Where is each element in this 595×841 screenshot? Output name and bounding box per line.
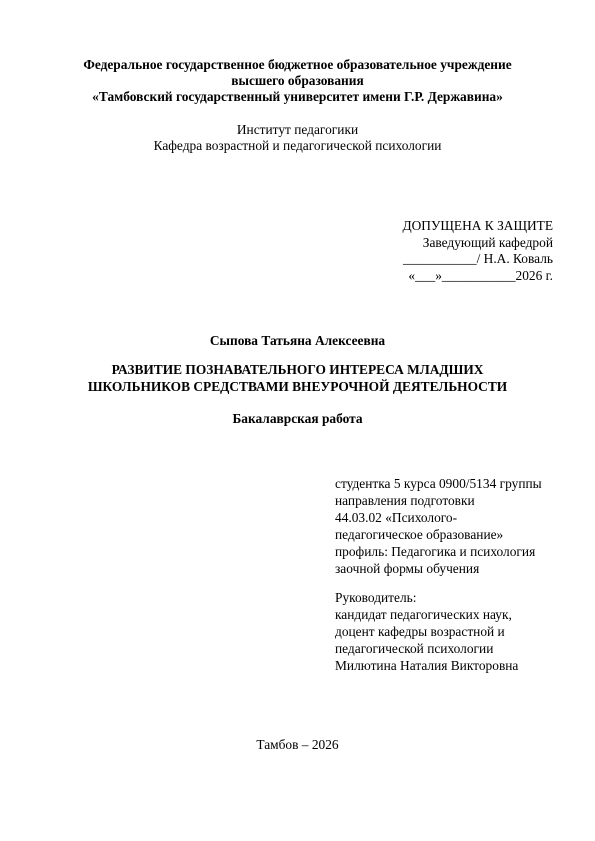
supervisor-line: кандидат педагогических наук, <box>335 606 518 623</box>
student-info-line: профиль: Педагогика и психология <box>335 543 542 560</box>
supervisor-block: Руководитель: кандидат педагогических на… <box>335 589 518 674</box>
institute-name: Институт педагогики <box>0 122 595 138</box>
approval-title: ДОПУЩЕНА К ЗАЩИТЕ <box>402 218 553 235</box>
footer-city-year: Тамбов – 2026 <box>0 737 595 753</box>
approval-block: ДОПУЩЕНА К ЗАЩИТЕ Заведующий кафедрой __… <box>402 218 553 284</box>
university-header-line1: Федеральное государственное бюджетное об… <box>0 57 595 73</box>
student-info-line: студентка 5 курса 0900/5134 группы <box>335 475 542 492</box>
thesis-title-line1: РАЗВИТИЕ ПОЗНАВАТЕЛЬНОГО ИНТЕРЕСА МЛАДШИ… <box>0 362 595 378</box>
supervisor-name: Милютина Наталия Викторовна <box>335 657 518 674</box>
university-header-line2: высшего образования <box>0 73 595 89</box>
student-info-line: педагогическое образование» <box>335 526 542 543</box>
approval-date: «___»___________2026 г. <box>402 268 553 285</box>
approval-signature: ___________/ Н.А. Коваль <box>402 251 553 268</box>
student-info-line: направления подготовки <box>335 492 542 509</box>
student-info-block: студентка 5 курса 0900/5134 группы напра… <box>335 475 542 577</box>
supervisor-line: доцент кафедры возрастной и <box>335 623 518 640</box>
supervisor-line: педагогической психологии <box>335 640 518 657</box>
student-info-line: 44.03.02 «Психолого- <box>335 509 542 526</box>
supervisor-label: Руководитель: <box>335 589 518 606</box>
department-name: Кафедра возрастной и педагогической псих… <box>0 138 595 154</box>
thesis-title-line2: ШКОЛЬНИКОВ СРЕДСТВАМИ ВНЕУРОЧНОЙ ДЕЯТЕЛЬ… <box>0 379 595 395</box>
thesis-type: Бакалаврская работа <box>0 411 595 427</box>
author-name: Сыпова Татьяна Алексеевна <box>0 333 595 349</box>
approval-role: Заведующий кафедрой <box>402 235 553 252</box>
student-info-line: заочной формы обучения <box>335 560 542 577</box>
university-name: «Тамбовский государственный университет … <box>0 89 595 105</box>
